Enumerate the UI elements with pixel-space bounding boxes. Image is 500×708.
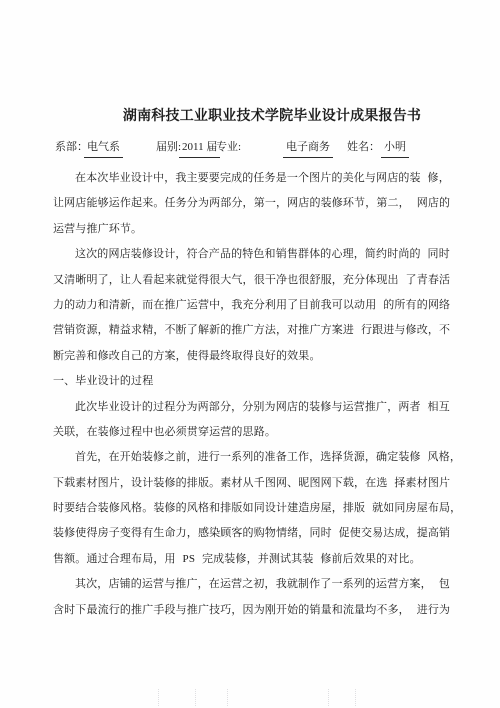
text-line: 其次，店铺的运营与推广，在运营之初，我就制作了一系列的运营方案， 包 (53, 572, 453, 597)
text-line: 力的动力和清新，而在推广运营中，我充分利用了目前我可以动用 的所有的网络 (53, 293, 453, 318)
dept-value: 电气系 (84, 139, 123, 158)
document-title: 湖南科技工业职业技术学院毕业设计成果报告书 (53, 105, 451, 125)
text-line: 运营与推广环节。 (53, 217, 453, 242)
text-line: 此次毕业设计的过程分为两部分，分别为网店的装修与运营推广，两者 相互 (53, 395, 453, 420)
student-info-line: 系部： 电气系 届别: 2011 届 专业: 电子商务 姓名： 小明 (0, 139, 500, 156)
text-line: 在本次毕业设计中，我主要要完成的任务是一个图片的美化与网店的装 修， (53, 166, 453, 191)
scan-artifact-dots (227, 689, 230, 706)
batch-label: 届别: (156, 139, 181, 156)
text-line: 营销资源，精益求精，不断了解新的推广方法，对推广方案进 行跟进与修改，不 (53, 318, 453, 343)
name-value: 小明 (381, 139, 409, 158)
text-line: 这次的网店装修设计，符合产品的特色和销售群体的心理，简约时尚的 同时 (53, 242, 453, 267)
text-line: 让网店能够运作起来。任务分为两部分，第一，网店的装修环节，第二， 网店的 (53, 191, 453, 216)
text-line: 下载素材图片，设计装修的排版。素材从千图网、昵图网下载，在选 择素材图片 (53, 471, 453, 496)
text-line: 含时下最流行的推广手段与推广技巧，因为刚开始的销量和流量均不多， 进行为 (53, 598, 453, 623)
document-page: 湖南科技工业职业技术学院毕业设计成果报告书 系部： 电气系 届别: 2011 届… (0, 0, 500, 708)
section-heading: 一、毕业设计的过程 (53, 369, 453, 394)
name-label: 姓名： (347, 139, 380, 156)
batch-value: 2011 届 (179, 139, 220, 158)
text-line: 断完善和修改自己的方案，使得最终取得良好的效果。 (53, 344, 453, 369)
document-body: 在本次毕业设计中，我主要要完成的任务是一个图片的美化与网店的装 修，让网店能够运… (53, 166, 453, 623)
text-line: 又清晰明了，让人看起来就觉得很大气，很干净也很舒服，充分体现出 了青春活 (53, 268, 453, 293)
text-line: 关联，在装修过程中也必须贯穿运营的思路。 (53, 420, 453, 445)
major-label: 专业: (216, 139, 241, 156)
text-line: 时要结合装修风格。装修的风格和排版如同设计建造房屋，排版 就如同房屋布局， (53, 496, 453, 521)
scan-artifact-dots (195, 689, 198, 706)
text-line: 售额。通过合理布局，用 PS 完成装修，并测试其装 修前后效果的对比。 (53, 547, 453, 572)
text-line: 装修使得房子变得有生命力，感染顾客的购物情绪，同时 促使交易达成，提高销 (53, 521, 453, 546)
text-line: 首先，在开始装修之前，进行一系列的准备工作，选择货源，确定装修 风格， (53, 445, 453, 470)
major-value: 电子商务 (283, 139, 333, 158)
scan-artifact-dots (158, 689, 161, 706)
scan-artifact-dots (355, 689, 358, 706)
scan-artifact-dots (328, 689, 331, 706)
